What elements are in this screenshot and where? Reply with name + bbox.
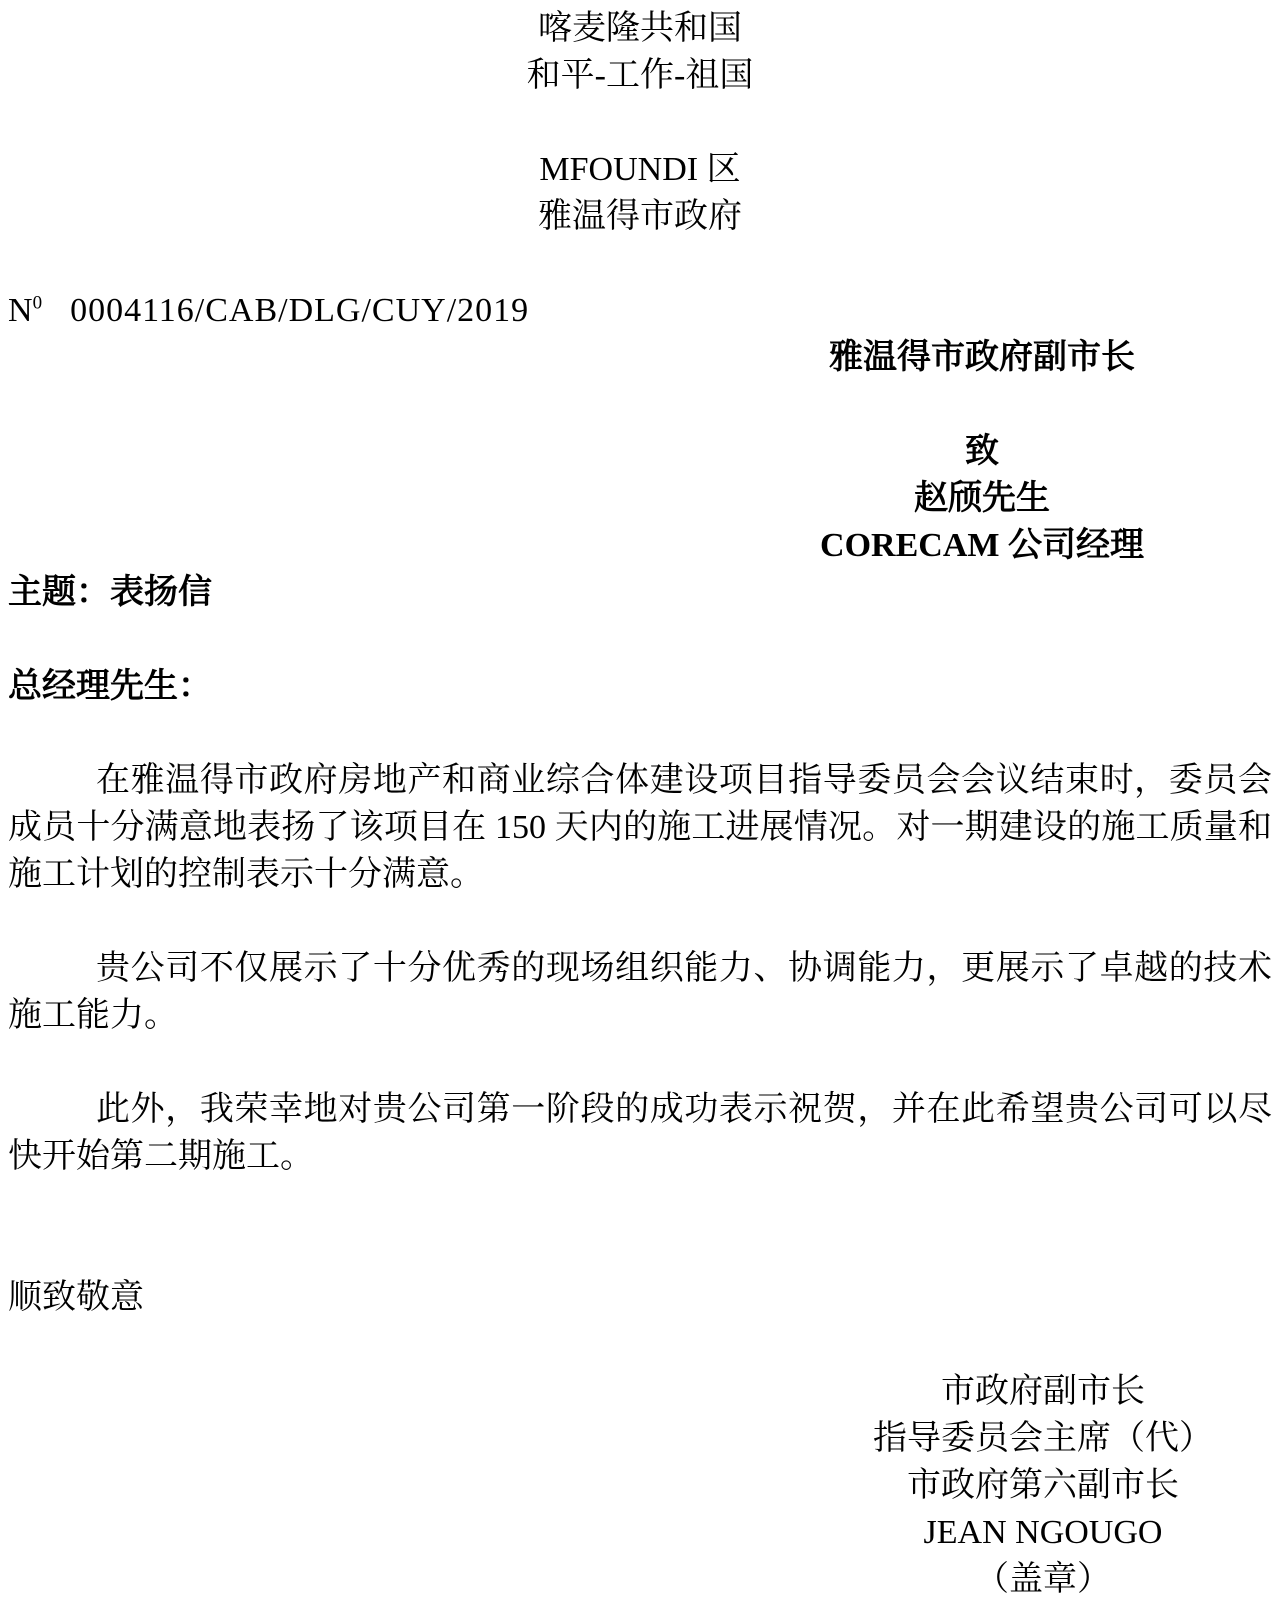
letterhead-country: 喀麦隆共和国 [8, 5, 1272, 52]
body-paragraph-3: 此外，我荣幸地对贵公司第一阶段的成功表示祝贺，并在此希望贵公司可以尽快开始第二期… [8, 1086, 1272, 1180]
closing-salute: 顺致敬意 [8, 1274, 1272, 1321]
signature-title-1: 市政府副市长 [828, 1368, 1258, 1415]
reference-prefix: N [8, 292, 33, 329]
subject-line: 主题：表扬信 [8, 569, 1272, 616]
signature-seal-note: （盖章） [828, 1556, 1258, 1600]
recipient-company-title: CORECAM 公司经理 [692, 522, 1272, 569]
to-label: 致 [692, 428, 1272, 475]
signature-block: 市政府副市长 指导委员会主席（代） 市政府第六副市长 JEAN NGOUGO （… [828, 1368, 1258, 1600]
recipient-block: 雅温得市政府副市长 致 赵颀先生 CORECAM 公司经理 [692, 334, 1272, 569]
letterhead-district: MFOUNDI 区 [8, 146, 1272, 193]
letterhead-city-government: 雅温得市政府 [8, 193, 1272, 240]
sender-title: 雅温得市政府副市长 [692, 334, 1272, 381]
letterhead: 喀麦隆共和国 和平-工作-祖国 MFOUNDI 区 雅温得市政府 [8, 5, 1272, 240]
letterhead-motto: 和平-工作-祖国 [8, 52, 1272, 99]
salutation: 总经理先生： [8, 663, 1272, 710]
body-paragraph-1: 在雅温得市政府房地产和商业综合体建设项目指导委员会会议结束时，委员会成员十分满意… [8, 757, 1272, 898]
letter-page: 喀麦隆共和国 和平-工作-祖国 MFOUNDI 区 雅温得市政府 N000041… [0, 0, 1283, 1600]
reference-number-line: N00004116/CAB/DLG/CUY/2019 [8, 287, 1272, 334]
signature-title-3: 市政府第六副市长 [828, 1462, 1258, 1509]
reference-superscript: 0 [33, 293, 43, 314]
reference-value: 0004116/CAB/DLG/CUY/2019 [70, 292, 529, 329]
body-paragraph-2: 贵公司不仅展示了十分优秀的现场组织能力、协调能力，更展示了卓越的技术施工能力。 [8, 945, 1272, 1039]
recipient-name: 赵颀先生 [692, 475, 1272, 522]
signature-title-2: 指导委员会主席（代） [828, 1415, 1258, 1462]
signature-name: JEAN NGOUGO [828, 1509, 1258, 1556]
